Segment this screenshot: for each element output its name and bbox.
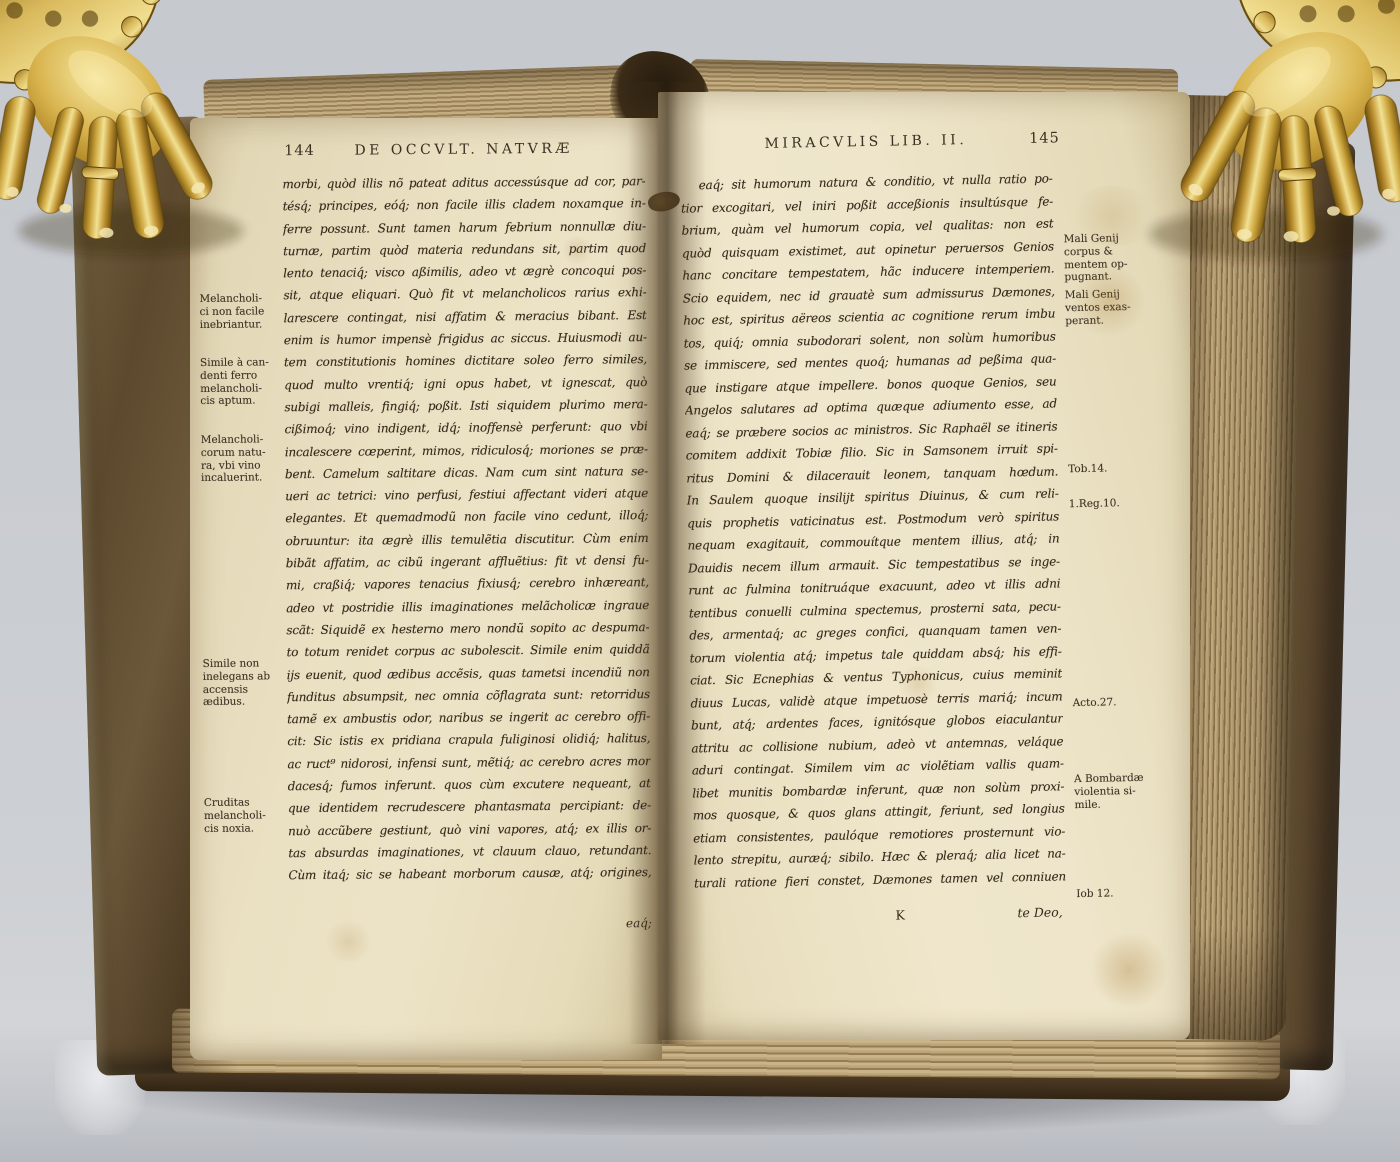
text-line: que identidem recrudescere phantasmata p… xyxy=(288,794,651,819)
text-line: tem constitutionis homines dictitare sol… xyxy=(284,348,647,373)
text-line: quod multo vrentiq́; igni opus habet, vt… xyxy=(284,371,647,396)
margin-note-line: incaluerint. xyxy=(201,472,281,485)
page-left-content: 144 DE OCCVLT. NATVRÆ Melancholi-ci non … xyxy=(186,116,666,1062)
text-line: subigi malleis, fingiq́; poßit. Isti siq… xyxy=(284,393,647,418)
book-page-right: MIRACVLIS LIB. II. 145 eaq́; sit humorum… xyxy=(658,92,1190,1040)
margin-note: Simile noninelegans abaccensisædibus. xyxy=(203,657,283,709)
text-line: Cùm itaq́; sic se habeant morborum causæ… xyxy=(288,861,651,886)
text-line: tas absurdas imaginationes, vt clauum cl… xyxy=(288,839,651,864)
running-title: DE OCCVLT. NATVRÆ xyxy=(282,140,645,159)
margin-note: Melancholi-corum natu-ra, vbi vinoincalu… xyxy=(201,433,281,485)
margin-note: Simile à can-denti ferromelancholi-cis a… xyxy=(200,356,280,408)
photograph-antique-book: 144 DE OCCVLT. NATVRÆ Melancholi-ci non … xyxy=(0,0,1400,1162)
text-line: bibãt affatim, ac cibũ ingerant affluẽti… xyxy=(286,549,649,574)
margin-note: 1.Reg.10. xyxy=(1069,496,1187,511)
text-line: funditus absumpsit, nec omnia cõflagrata… xyxy=(287,683,650,708)
margin-note: Cruditasmelancholi-cis noxia. xyxy=(204,796,284,835)
text-line: morbi, quòd illis nõ pateat aditus acces… xyxy=(282,170,645,195)
text-line: ueri ac tetrici: vino perfusi, festiui a… xyxy=(285,482,648,507)
book-page-left: 144 DE OCCVLT. NATVRÆ Melancholi-ci non … xyxy=(190,118,662,1060)
margin-note-line: cis aptum. xyxy=(200,395,280,408)
margin-note: Acto.27. xyxy=(1073,695,1191,710)
margin-note-line: Simile non xyxy=(203,657,283,670)
margin-note-line: ci non facile xyxy=(200,305,280,318)
margin-note-line: corum natu- xyxy=(201,446,281,459)
text-line: ferre possunt. Sunt tamen harum febrium … xyxy=(283,215,646,240)
margin-note-line: Melancholi- xyxy=(201,433,281,446)
margin-note-line: 1.Reg.10. xyxy=(1069,496,1187,511)
text-line: larescere contingat, nisi affatim & mera… xyxy=(284,304,647,329)
text-line: mi, craßiq́; vapores tenacius fixiusq́; … xyxy=(286,571,649,596)
signature-line: K te Deo, xyxy=(695,904,1067,935)
margin-note: Mali Genijcorpus &mentem op-pugnant. xyxy=(1064,231,1183,284)
margin-note: Mali Genijventos exas-perant. xyxy=(1065,287,1184,328)
margin-note-line: inelegans ab xyxy=(203,670,283,683)
margin-note-line: cis noxia. xyxy=(204,822,284,835)
page-right-content: MIRACVLIS LIB. II. 145 eaq́; sit humorum… xyxy=(649,87,1199,1045)
text-line: bent. Camelum saltitare dicas. Nam cum s… xyxy=(285,460,648,485)
text-line: turnæ, partim quòd materia redundans sit… xyxy=(283,237,646,262)
margin-note-line: melancholi- xyxy=(200,382,280,395)
margin-note-line: ædibus. xyxy=(203,696,283,709)
text-line: tamẽ ex ambustis odor, naribus se ingeri… xyxy=(287,705,650,730)
gathering-signature: K xyxy=(895,907,906,922)
text-line: adeo vt postridie illis imaginationes me… xyxy=(286,594,649,619)
text-line: to totum renidet corpus ac subolescit. S… xyxy=(286,638,649,663)
text-line: nuò accũbere gestiunt, quò vini vapores,… xyxy=(288,817,651,842)
margin-note-line: melancholi- xyxy=(204,809,284,822)
catchword: te Deo, xyxy=(1017,904,1063,920)
text-line: elegantes. Et quemadmodũ non facile vino… xyxy=(285,505,648,530)
margin-note: A Bombardæviolentia si-mile. xyxy=(1074,771,1193,812)
body-text-right: eaq́; sit humorum natura & conditio, vt … xyxy=(680,167,1066,894)
margin-note-line: accensis xyxy=(203,683,283,696)
margin-note-line: Tob.14. xyxy=(1068,461,1186,476)
text-line: dacesq́; fumos inferunt. quos cùm excute… xyxy=(288,772,651,797)
text-line: obruuntur: ita ægrè illis temulẽtia disc… xyxy=(285,527,648,552)
page-header-left: 144 DE OCCVLT. NATVRÆ xyxy=(282,140,645,159)
page-number: 145 xyxy=(1029,130,1060,147)
text-line: sit, atque eliquari. Quò fit vt melancho… xyxy=(283,282,646,307)
margin-note-line: Acto.27. xyxy=(1073,695,1191,710)
text-line: cit: Sic istis ex pridiana crapula fulig… xyxy=(287,727,650,752)
text-line: ac ruct⁹ nidorosi, infensi sunt, mẽtiq́;… xyxy=(287,750,650,775)
page-number: 144 xyxy=(284,143,315,159)
margin-note-line: denti ferro xyxy=(200,369,280,382)
margin-note-line: mile. xyxy=(1074,796,1192,811)
margin-note-line: perant. xyxy=(1065,313,1183,328)
margin-note-line: Melancholi- xyxy=(199,292,279,305)
catchword: eaq́; xyxy=(289,916,652,933)
text-line: enim is humor impensè frigidus ac siccus… xyxy=(284,326,647,351)
margin-note-line: Iob 12. xyxy=(1076,886,1194,901)
margin-note-line: ra, vbi vino xyxy=(201,459,281,472)
margin-notes-right: Mali Genijcorpus &mentem op-pugnant.Mali… xyxy=(1062,165,1196,1007)
text-line: cißimoq́; vino indigent, idq́; inoffensè… xyxy=(285,415,648,440)
margin-note: Tob.14. xyxy=(1068,461,1186,476)
margin-notes-left: Melancholi-ci non facileinebriantur.Simi… xyxy=(198,173,285,994)
margin-note-line: Cruditas xyxy=(204,796,284,809)
margin-note-line: pugnant. xyxy=(1064,269,1182,284)
text-line: scãt: Siquidẽ ex hesterno mero nondũ sop… xyxy=(286,616,649,641)
running-title: MIRACVLIS LIB. II. xyxy=(680,130,1052,153)
text-line: tésq́; principes, eóq́; non facile illis… xyxy=(283,192,646,217)
text-line: incalescere cœperint, mimos, ridiculosq́… xyxy=(285,438,648,463)
margin-note: Iob 12. xyxy=(1076,886,1194,901)
page-header-right: MIRACVLIS LIB. II. 145 xyxy=(680,130,1052,153)
text-line: lento tenaciq́; visco aßimilis, adeo vt … xyxy=(283,259,646,284)
body-text-left: morbi, quòd illis nõ pateat aditus acces… xyxy=(282,170,651,887)
text-line: ijs euenit, quod ædibus accẽsis, quas ta… xyxy=(287,661,650,686)
margin-note-line: Simile à can- xyxy=(200,356,280,369)
margin-note: Melancholi-ci non facileinebriantur. xyxy=(199,292,279,331)
margin-note-line: inebriantur. xyxy=(200,318,280,331)
